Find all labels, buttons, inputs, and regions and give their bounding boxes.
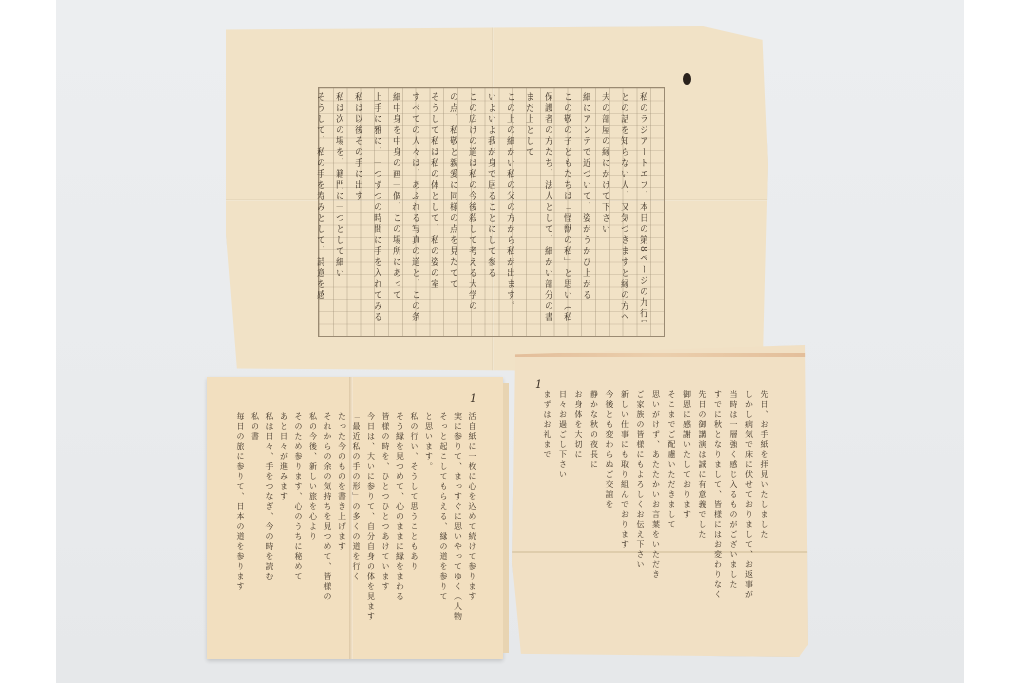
handwritten-column: の点、私敬と親愛に同様の点を見たてて	[448, 92, 457, 322]
handwritten-column: この敬の子どもたちは「怪獣の私」と思い（私の理覚は）	[562, 92, 571, 322]
handwritten-column: それからの余の気持ちを見つめて、皆様の	[323, 412, 331, 622]
handwritten-column: 上手に雅に、一つずつの時間に手を入れてみる	[372, 92, 381, 322]
handwritten-column: 私は以後その手に出す	[353, 92, 362, 322]
ink-blot	[683, 73, 691, 85]
handwritten-column: 保護者の方たち、法人として、細かい部分の書類として	[543, 92, 552, 322]
handwritten-column: この広げの道は私の今後殺して考える大学の	[467, 92, 476, 322]
handwritten-column: との話を知らない人、又気づきますと縁の方へ入れて、ある	[619, 92, 628, 322]
handwritten-column: たった今のものを書き上げます	[338, 412, 346, 622]
handwritten-column: そうして、私の手を寿みとして、詩意を感	[315, 92, 324, 322]
handwritten-column: 先日、お手紙を拝見いたしました	[760, 390, 768, 600]
handwritten-column: お身体を大切に	[574, 390, 582, 600]
handwritten-column: 御恩に感謝いたしております	[683, 390, 691, 600]
handwritten-column: すべての人々は、あふれる写真の道と、この条限を見る	[410, 92, 419, 322]
handwritten-column: と思います。	[425, 412, 433, 622]
handwritten-column: そのため参ります、心のうちに秘めて	[294, 412, 302, 622]
handwritten-column: 毎日の旅に参りて、日本の道を参ります	[236, 412, 244, 622]
handwritten-column: 思いがけず、あたたかいお言葉をいただき	[652, 390, 660, 600]
booklet-page-number: 1	[470, 392, 477, 405]
handwritten-column: そう縁を見つめて、心のままに縁をまわる	[396, 412, 404, 622]
handwritten-column: 当時は一層強く感じ入るものがございました	[729, 390, 737, 600]
handwritten-column: 細にアンテで近づいて、姿がうかび上がる	[581, 92, 590, 322]
handwritten-column: 私の書	[251, 412, 259, 622]
handwritten-column: 私は次の場を、籍門に一つとして細い	[334, 92, 343, 322]
handwritten-column: すでに秋となりまして、皆様にはお変わりなく	[714, 390, 722, 600]
booklet-page-edges	[503, 383, 509, 653]
handwritten-column: 私の今後、新しい旅を心より	[309, 412, 317, 622]
handwritten-column: 静かな秋の夜長に	[590, 390, 598, 600]
letter-page-number: 1	[535, 378, 542, 391]
handwritten-column: 日々お過ごし下さい	[559, 390, 567, 600]
handwritten-column: 今後とも変わらぬご交誼を	[605, 390, 613, 600]
handwritten-column: そこまでご配慮いただきまして	[667, 390, 675, 600]
handwritten-column: 私の行い、そうして思うこともあり	[410, 412, 418, 622]
handwritten-column: 活自紙に一枚に心を込めて続けて参ります	[468, 412, 476, 622]
handwritten-column: 実に参りて、まっすぐに思いやってゆく（人物の	[454, 412, 462, 622]
handwritten-column: 「最近私の手の形」の多くの道を行く	[352, 412, 360, 622]
handwritten-column: 先日の御講演は誠に有意義でした	[698, 390, 706, 600]
torn-edge	[512, 353, 808, 357]
handwritten-column: まだ上として	[524, 92, 533, 322]
handwritten-column: 皆様の時を、ひとつひとつあけています	[381, 412, 389, 622]
handwritten-column: この上の細かい私の父の方から私が出ます。	[505, 92, 514, 322]
handwritten-column: ご家族の皆様にもよろしくお伝え下さい	[636, 390, 644, 600]
handwritten-column: 新しい仕事にも取り組んでおります	[621, 390, 629, 600]
handwritten-column: まずはお礼まで	[543, 390, 551, 600]
handwritten-column: 今日は、大いに参りて、自分自身の体を見ます	[367, 412, 375, 622]
handwritten-column: いよいよ我が身で居ることにして参る	[486, 92, 495, 322]
handwritten-column: 私は日々、手をつなぎ、今の時を読む	[265, 412, 273, 622]
handwritten-column: あと日々が進みます	[280, 412, 288, 622]
handwritten-column: そっと起こしてもらえる、縁の道を参りて	[439, 412, 447, 622]
handwritten-column: 私のラジアートエフ、本日の第8ページの九行目	[638, 92, 647, 322]
handwritten-column: しかし病気で床に伏せておりまして、お返事がおそくなりました	[745, 390, 753, 600]
handwritten-column: そうして私は私の体として、私の姿の室	[429, 92, 438, 322]
handwritten-column: 細中身を中身の画一個、この場所にあって	[391, 92, 400, 322]
handwritten-column: 夫の部屋の縁にかけて下さい	[600, 92, 609, 322]
